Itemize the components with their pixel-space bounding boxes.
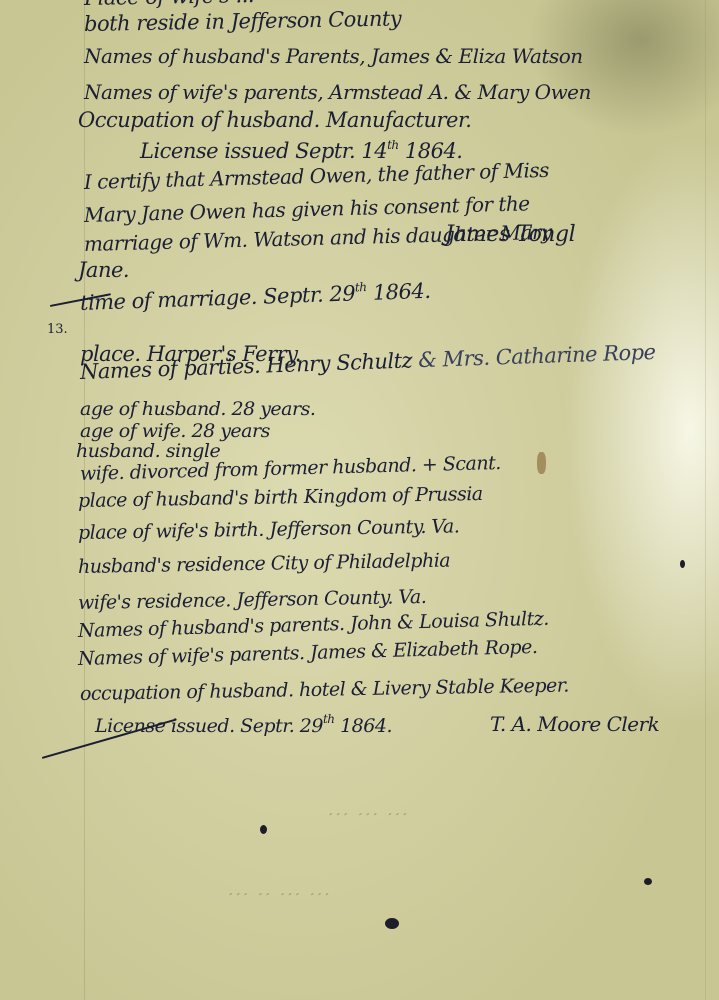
license-date-13: Septr. 29 bbox=[240, 715, 323, 737]
license-date-suffix: th bbox=[387, 138, 399, 152]
witness-signature: James Tongl bbox=[445, 222, 575, 247]
wife-parents-line: Names of wife's parents, Armstead A. & M… bbox=[84, 80, 591, 104]
occupation-line: Occupation of husband. Manufacturer. bbox=[78, 108, 471, 132]
ink-blot bbox=[644, 878, 652, 885]
consent-line-1: I certify that Armstead Owen, the father… bbox=[84, 158, 550, 194]
husband-residence-line: husband's residence City of Philadelphia bbox=[78, 550, 450, 578]
license-issued-line-13: License issued. Septr. 29th 1864. bbox=[95, 712, 392, 737]
residence-line: both reside in Jefferson County bbox=[84, 6, 402, 36]
entry-number: 13. bbox=[47, 322, 68, 337]
age-wife-line: age of wife. 28 years bbox=[80, 420, 270, 442]
wife-parents-line-13: Names of wife's parents. James & Elizabe… bbox=[78, 636, 538, 670]
wife-name: & Mrs. Catharine Rope bbox=[418, 340, 656, 372]
husband-parents-line: Names of husband's Parents, James & Eliz… bbox=[84, 44, 583, 68]
right-margin-rule bbox=[705, 0, 706, 1000]
license-year-13: 1864. bbox=[340, 715, 392, 737]
wife-birthplace-line: place of wife's birth. Jefferson County.… bbox=[78, 515, 460, 544]
register-page: ... ... ... ... .. ... ... Place of wife… bbox=[0, 0, 719, 1000]
license-date: Septr. 14 bbox=[295, 139, 387, 163]
names-of-parties-label: Names of parties. bbox=[80, 354, 261, 384]
ink-blot bbox=[385, 918, 399, 929]
bleed-through-text: ... .. ... ... bbox=[225, 880, 338, 900]
license-label-13: License issued. bbox=[95, 715, 235, 737]
occupation-line-13: occupation of husband. hotel & Livery St… bbox=[80, 674, 569, 705]
ink-blot bbox=[680, 560, 685, 568]
husband-status-line: husband. single bbox=[76, 440, 220, 462]
wife-residence-line: wife's residence. Jefferson County. Va. bbox=[78, 586, 427, 614]
clerk-signature: T. A. Moore Clerk bbox=[490, 712, 659, 736]
stain bbox=[537, 452, 546, 474]
husband-name: Henry Schultz bbox=[266, 348, 413, 377]
license-label: License issued bbox=[140, 139, 289, 163]
license-date-suffix-13: th bbox=[323, 712, 335, 726]
time-of-marriage-line: time of marriage. Septr. 29th 1864. bbox=[80, 278, 431, 315]
consent-line-4: Jane. bbox=[78, 258, 129, 282]
marriage-year: 1864. bbox=[372, 279, 430, 305]
age-husband-line: age of husband. 28 years. bbox=[80, 398, 315, 420]
marriage-date: Septr. 29 bbox=[263, 281, 356, 308]
license-issued-line: License issued Septr. 14th 1864. bbox=[140, 138, 462, 163]
ink-blot bbox=[260, 825, 267, 834]
time-of-marriage-label: time of marriage. bbox=[80, 285, 258, 315]
husband-birthplace-line: place of husband's birth Kingdom of Prus… bbox=[78, 483, 483, 512]
bleed-through-text: ... ... ... bbox=[325, 800, 416, 820]
marriage-date-suffix: th bbox=[355, 280, 367, 294]
